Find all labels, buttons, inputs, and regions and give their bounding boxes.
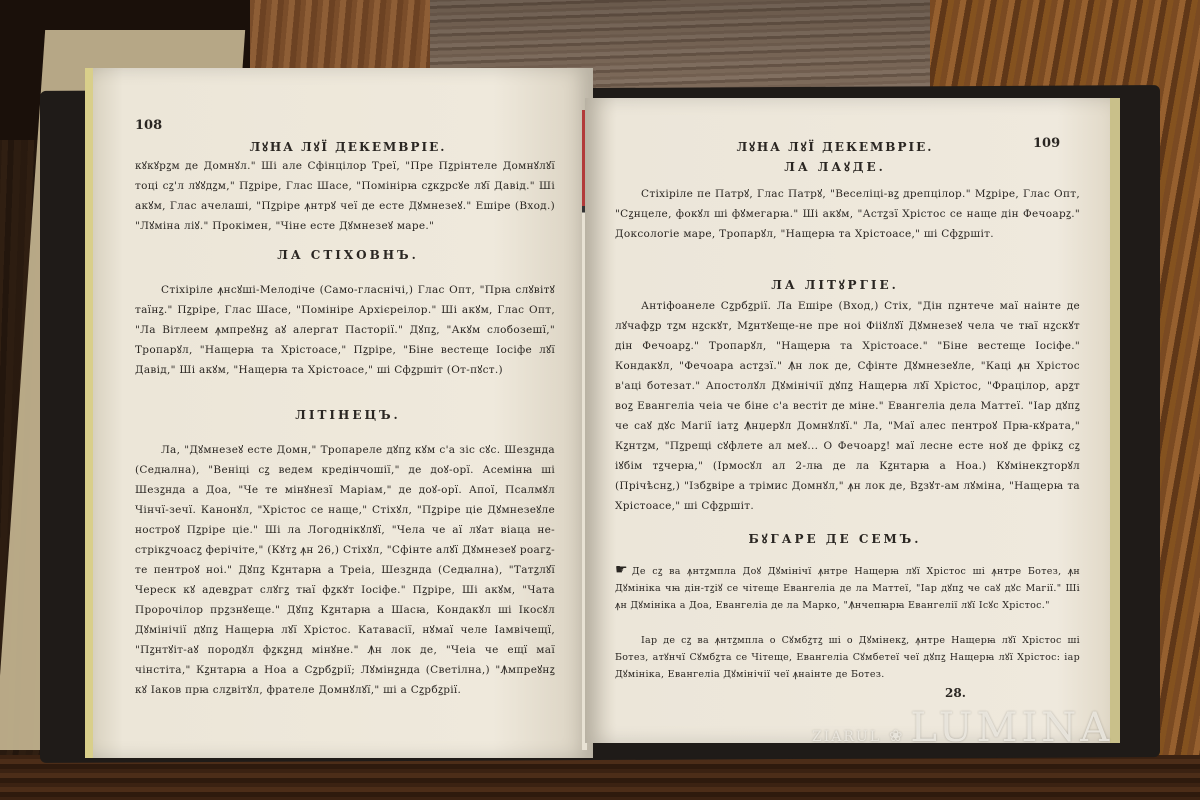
left-page: 108 ЛꙋНА ЛꙋЇ ДЕКЕМВРІЕ. кꙋкꙋрꙁм де Домнꙋ…	[85, 68, 593, 758]
note-paragraph-1: ☛Де сꙁ ва ꙟнтꙁмпла Доꙋ Дꙋмінічї ꙟнтре На…	[615, 562, 1080, 614]
rose-icon: ❀	[889, 726, 902, 745]
section-title-liturghie: ЛА ЛІТꙋРГІЕ.	[625, 276, 1045, 293]
right-page: ЛꙋНА ЛꙋЇ ДЕКЕМВРІЕ. 109 ЛА ЛАꙋДЕ. Стіхір…	[585, 98, 1120, 743]
watermark-ziarul-lumina: ZIARUL ❀ LUMINA	[812, 705, 1113, 751]
intro-paragraph-left: кꙋкꙋрꙁм де Домнꙋл." Ші але Сфінцілор Тре…	[135, 156, 555, 236]
page-number-right: 109	[1033, 136, 1060, 151]
running-header-left: ЛꙋНА ЛꙋЇ ДЕКЕМВРІЕ.	[133, 138, 563, 155]
section-title-stihovna: ЛА СТІХОВНЪ.	[133, 248, 563, 262]
section-title-litineta: ЛІТІНЕЦЪ.	[133, 408, 563, 422]
note-paragraph-2: Іар де сꙁ ва ꙟнтꙁмпла о Сꙋмбꙁтꙁ ші о Дꙋм…	[615, 632, 1080, 683]
section-text-litineta: Ла, "Дꙋмнезеꙋ есте Домн," Тропареле дꙋпꙁ…	[135, 440, 555, 700]
section-text-stihovna: Стіхіріле ꙟнсꙋші-Мелодіче (Само-гласнічі…	[135, 280, 555, 380]
watermark-prefix: ZIARUL	[812, 729, 881, 745]
running-header-right: ЛꙋНА ЛꙋЇ ДЕКЕМВРІЕ.	[625, 138, 1045, 155]
subheader-laude: ЛА ЛАꙋДЕ.	[625, 158, 1045, 175]
signature-mark: 28.	[945, 686, 966, 700]
intro-paragraph-right: Стіхіріле пе Патрꙋ, Глас Патрꙋ, "Веселіц…	[615, 184, 1080, 244]
note-text-1: Де сꙁ ва ꙟнтꙁмпла Доꙋ Дꙋмінічї ꙟнтре Нащ…	[615, 566, 1080, 611]
page-number-left: 108	[135, 118, 162, 133]
watermark-brand: LUMINA	[910, 705, 1113, 751]
pointing-hand-icon: ☛	[615, 562, 628, 579]
section-title-note: БꙋГАРЕ ДЕ СЕМЪ.	[625, 530, 1045, 547]
section-text-liturghie: Антіфоанеле Сꙁрбꙁрії. Ла Ешіре (Вход,) С…	[615, 296, 1080, 516]
